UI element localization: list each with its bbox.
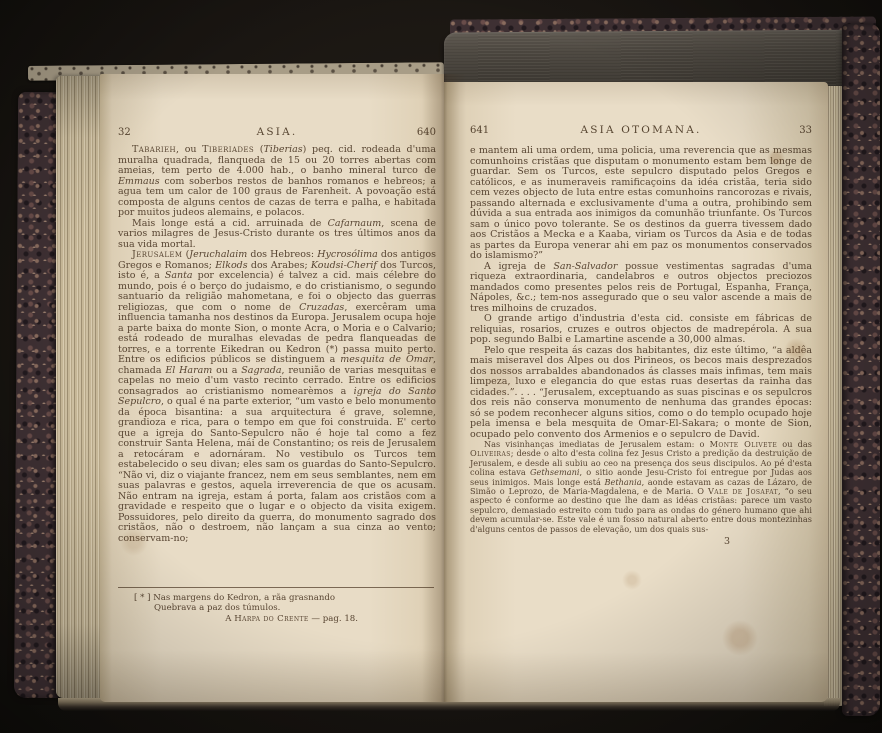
right-running-head: 641 ASIA OTOMANA. 33: [470, 124, 812, 136]
paragraph-cafarnaum: Mais longe está a cid. arruinada de Cafa…: [118, 219, 436, 251]
left-fore-edge: [56, 76, 104, 698]
left-cover-edge: [14, 92, 62, 698]
paragraph-turcos-continuation: e mantem ali uma ordem, uma policia, uma…: [470, 146, 812, 262]
paragraph-tabarieh: Tabarieh, ou Tiberiades (Tiberias) peq. …: [118, 145, 436, 219]
left-section-title: ASIA.: [257, 126, 298, 138]
footnote-attribution: A Harpa do Crente — pag. 18.: [118, 614, 358, 624]
paragraph-cazas: Pelo que respeita ás cazas dos habitante…: [470, 346, 812, 441]
left-body-text: Tabarieh, ou Tiberiades (Tiberias) peq. …: [118, 145, 436, 581]
left-page-number: 32: [118, 127, 131, 138]
footnote: [ * ] Nas margens do Kedron, a rãa grasn…: [118, 587, 436, 625]
paragraph-visinhancas-small-type: Nas visinhanças imediatas de Jerusalem e…: [470, 440, 812, 534]
right-cover-edge: [842, 24, 880, 716]
signature-mark: 3: [724, 537, 812, 548]
footnote-line-2: Quebrava a paz dos túmulos.: [154, 603, 436, 613]
book-photo: 32 ASIA. 640 Tabarieh, ou Tiberiades (Ti…: [0, 0, 882, 733]
paragraph-san-salvador: A igreja de San-Salvador possue vestimen…: [470, 262, 812, 315]
paragraph-jerusalem: Jerusalem (Jeruchalaim dos Hebreos: Hycr…: [118, 250, 436, 544]
right-page-number: 33: [799, 125, 812, 136]
right-body-text: e mantem ali uma ordem, uma policia, uma…: [470, 146, 812, 548]
paragraph-industria: O grande artigo d'industria d'esta cid. …: [470, 314, 812, 346]
left-running-head: 32 ASIA. 640: [118, 126, 436, 138]
right-section-title: ASIA OTOMANA.: [580, 124, 701, 136]
footnote-line-1: [ * ] Nas margens do Kedron, a rãa grasn…: [134, 593, 436, 603]
left-page: 32 ASIA. 640 Tabarieh, ou Tiberiades (Ti…: [100, 74, 444, 702]
right-column-number: 641: [470, 125, 489, 136]
footnote-rule: [118, 587, 434, 588]
right-page: 641 ASIA OTOMANA. 33 e mantem ali uma or…: [444, 82, 828, 702]
left-column-number: 640: [417, 127, 436, 138]
